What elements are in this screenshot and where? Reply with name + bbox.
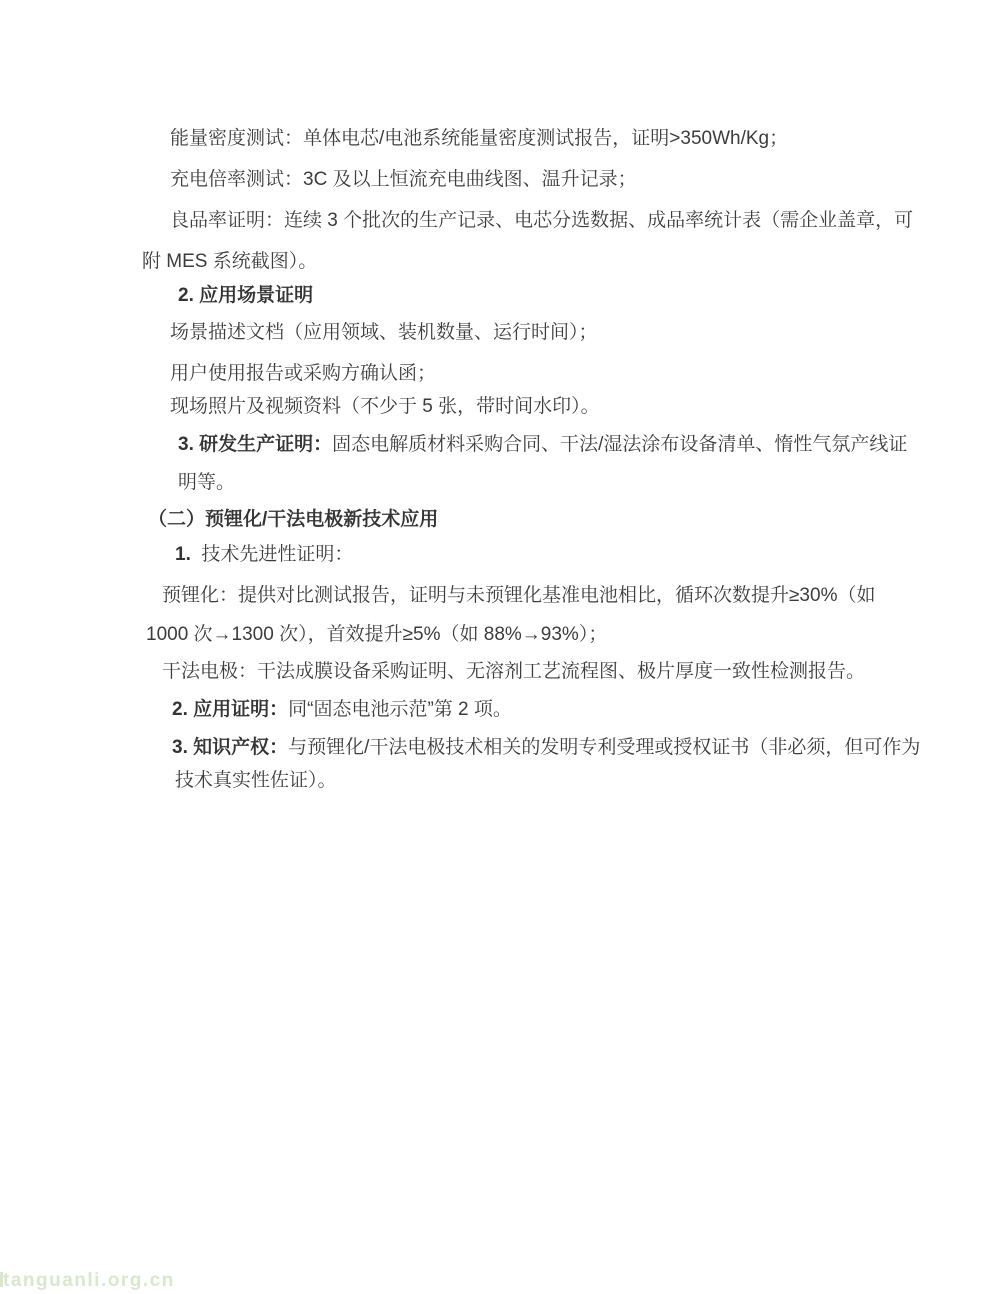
text-segment: 能量密度测试：单体电芯/电池系统能量密度测试报告，证明>350Wh/Kg； [170,128,788,149]
text-segment: 现场照片及视频资料（不少于 5 张，带时间水印）。 [170,396,600,417]
text-segment-bold: 2. 应用证明： [172,699,288,720]
text-segment: 场景描述文档（应用领域、装机数量、运行时间）； [170,322,598,343]
text-segment-bold: 1. [175,544,191,565]
document-line: 现场照片及视频资料（不少于 5 张，带时间水印）。 [140,386,940,427]
document-line: 2. 应用证明：同“固态电池示范”第 2 项。 [140,689,940,730]
text-segment: 明等。 [178,472,235,493]
text-segment: 技术真实性佐证）。 [175,770,337,791]
text-segment: 固态电解质材料采购合同、干法/湿法涂布设备清单、惰性气氛产线证 [332,434,907,455]
document-line: 1. 技术先进性证明： [140,534,940,575]
text-segment: 良品率证明：连续 3 个批次的生产记录、电芯分选数据、成品率统计表（需企业盖章，… [170,210,913,231]
document-line: 良品率证明：连续 3 个批次的生产记录、电芯分选数据、成品率统计表（需企业盖章，… [140,200,940,241]
document-lines: 能量密度测试：单体电芯/电池系统能量密度测试报告，证明>350Wh/Kg；充电倍… [140,118,940,801]
document-page: 能量密度测试：单体电芯/电池系统能量密度测试报告，证明>350Wh/Kg；充电倍… [0,0,1000,1294]
text-segment: 干法电极：干法成膜设备采购证明、无溶剂工艺流程图、极片厚度一致性检测报告。 [162,661,865,682]
text-segment: 附 MES 系统截图）。 [142,251,317,272]
text-segment: 用户使用报告或采购方确认函； [170,363,436,384]
text-segment-bold: 3. 研发生产证明： [178,434,332,455]
document-line: 充电倍率测试：3C 及以上恒流充电曲线图、温升记录； [140,159,940,200]
text-segment: 技术先进性证明： [191,544,354,565]
document-line: 场景描述文档（应用领域、装机数量、运行时间）； [140,312,940,353]
text-segment: 充电倍率测试：3C 及以上恒流充电曲线图、温升记录； [170,169,637,190]
text-segment-bold: 3. 知识产权： [172,737,288,758]
document-line: 2. 应用场景证明 [140,275,940,316]
document-line: 能量密度测试：单体电芯/电池系统能量密度测试报告，证明>350Wh/Kg； [140,118,940,159]
document-line: 明等。 [140,462,940,503]
text-segment: 同“固态电池示范”第 2 项。 [288,699,512,720]
text-segment-bold: 2. 应用场景证明 [178,285,313,306]
text-segment: 预锂化：提供对比测试报告，证明与未预锂化基准电池相比，循环次数提升≥30%（如 [162,585,875,606]
text-segment: 与预锂化/干法电极技术相关的发明专利受理或授权证书（非必须，但可作为 [288,737,920,758]
document-line: 预锂化：提供对比测试报告，证明与未预锂化基准电池相比，循环次数提升≥30%（如 [140,575,940,616]
watermark: tanguanli.org.cn [3,1270,175,1292]
document-line: 干法电极：干法成膜设备采购证明、无溶剂工艺流程图、极片厚度一致性检测报告。 [140,651,940,692]
document-line: 3. 研发生产证明：固态电解质材料采购合同、干法/湿法涂布设备清单、惰性气氛产线… [140,424,940,465]
document-line: 1000 次→1300 次），首效提升≥5%（如 88%→93%）； [140,614,940,655]
text-segment-bold: （二）预锂化/干法电极新技术应用 [148,509,438,530]
text-segment: 1000 次→1300 次），首效提升≥5%（如 88%→93%）； [146,624,607,645]
